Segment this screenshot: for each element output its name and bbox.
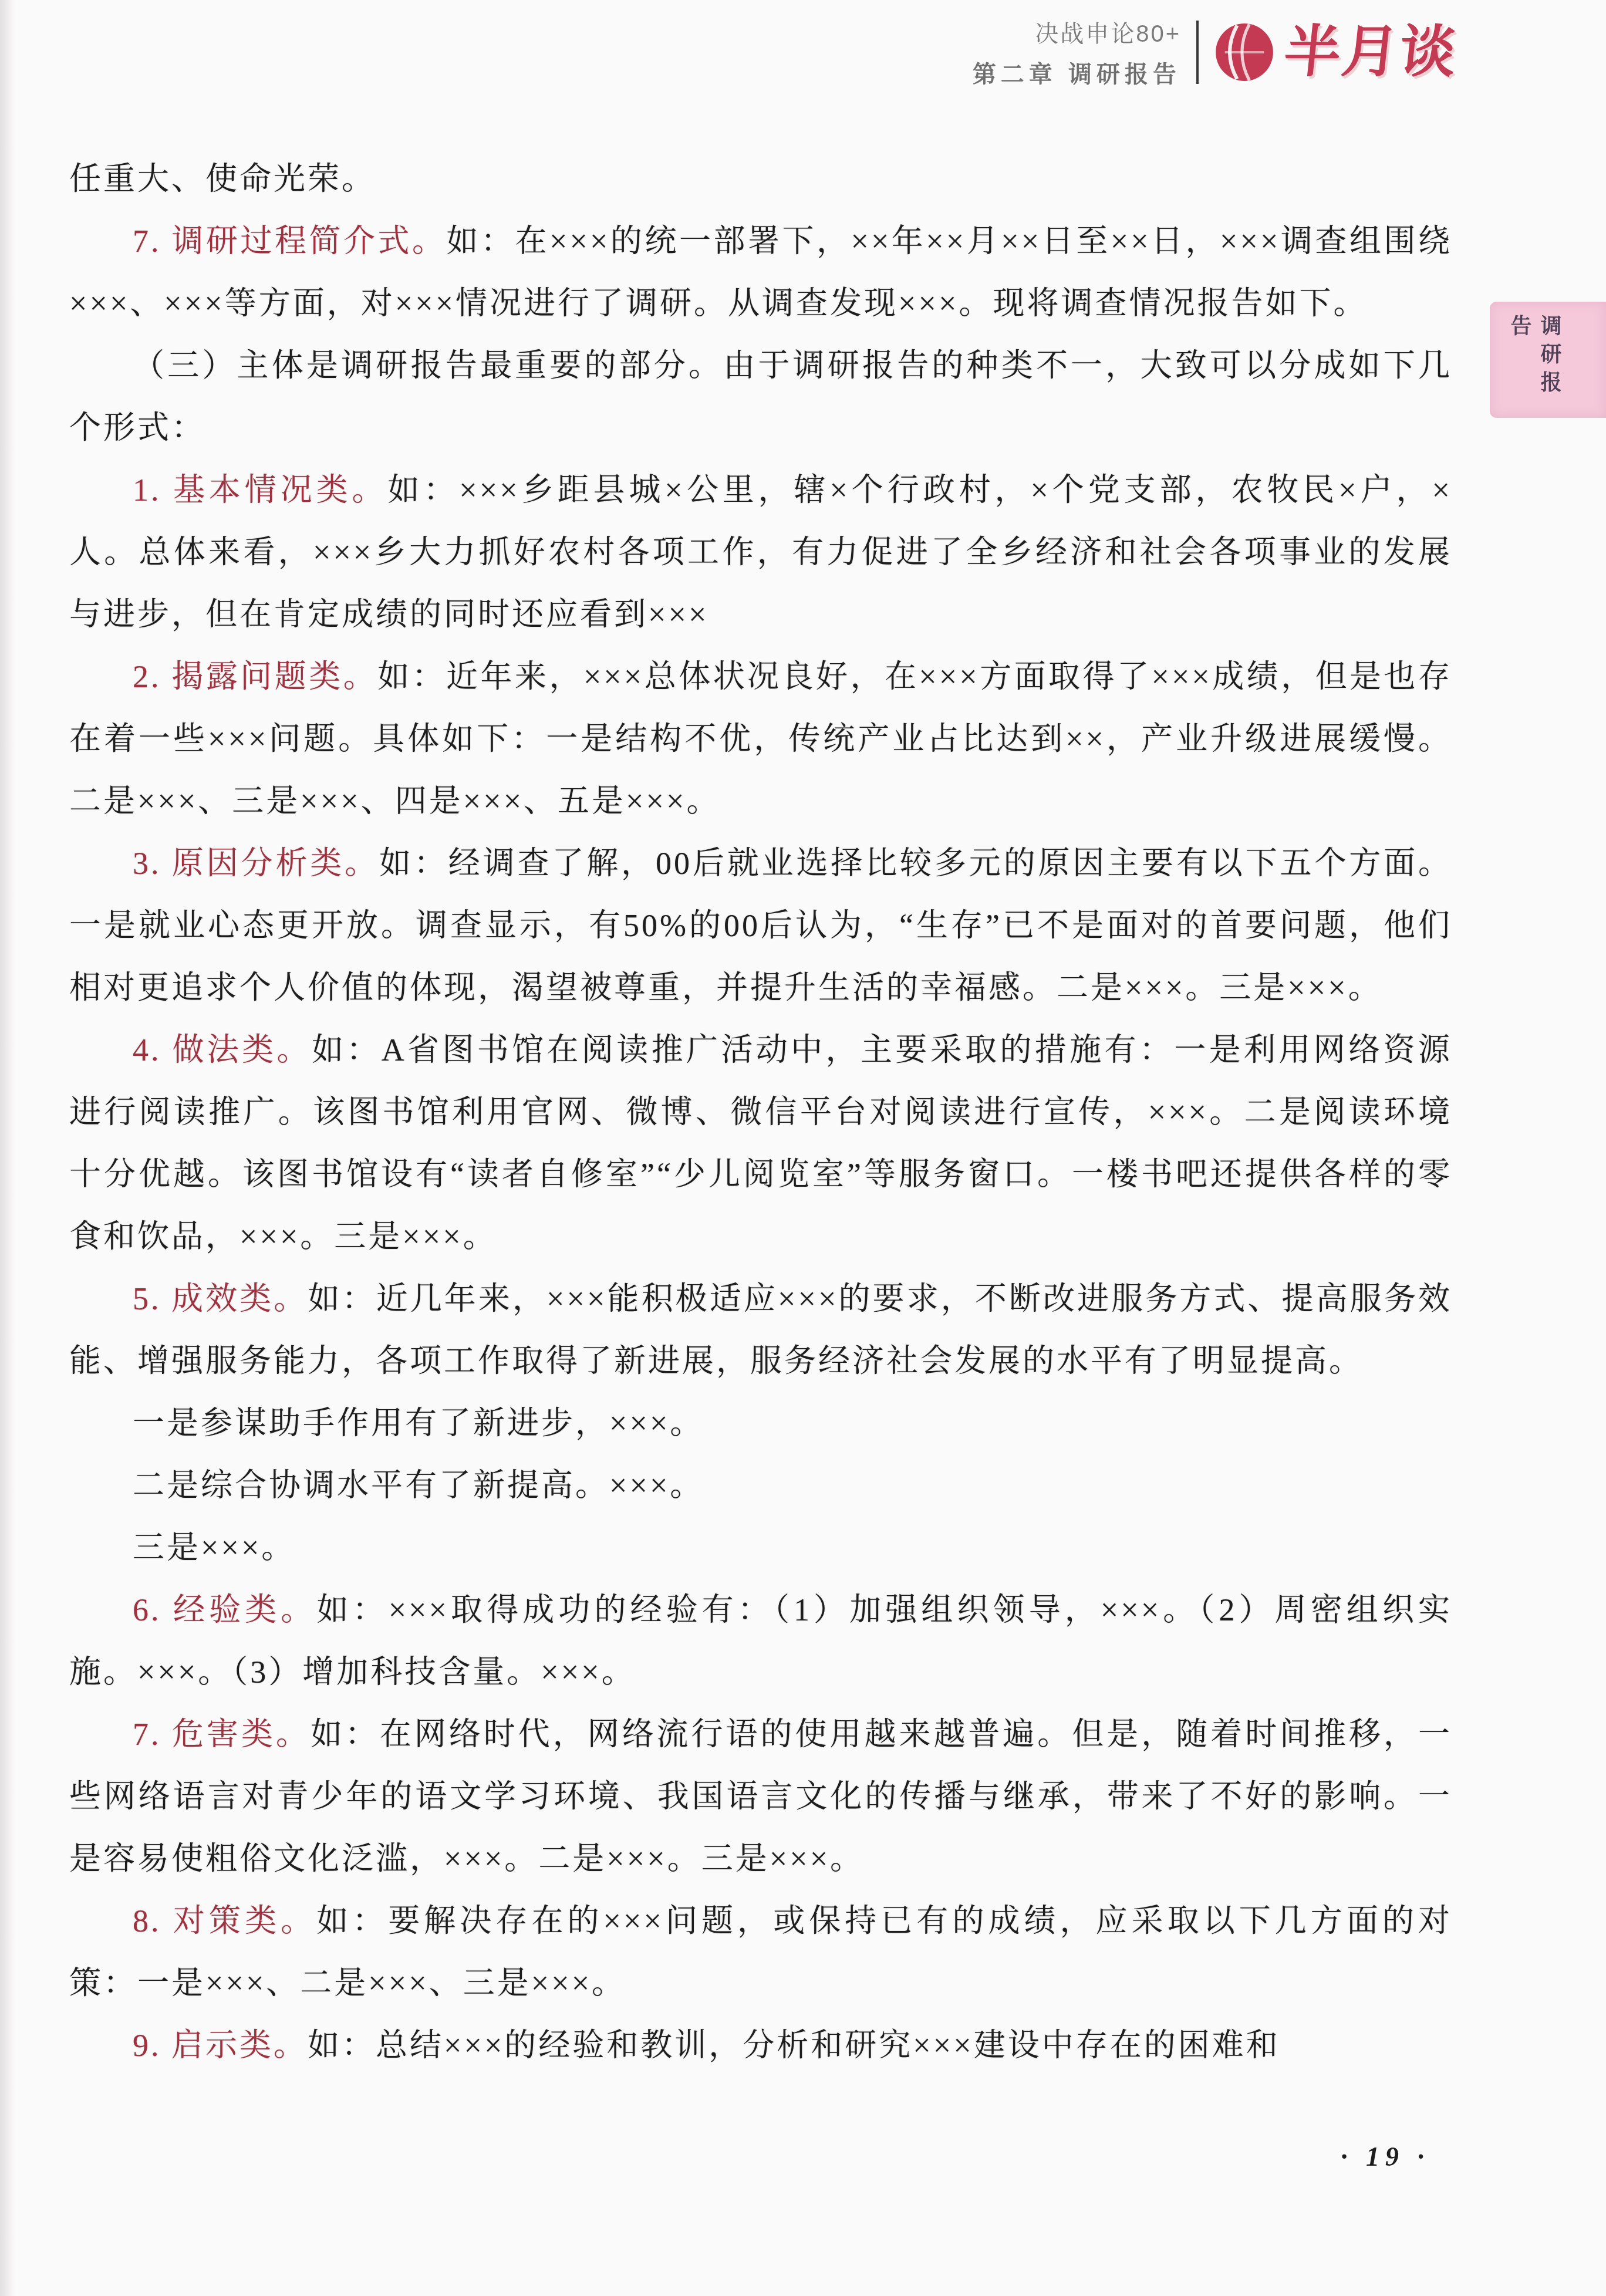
section-heading: 3. 原因分析类。 — [133, 846, 379, 881]
paragraph-text: 二是综合协调水平有了新提高。×××。 — [133, 1468, 704, 1503]
series-title: 决战申论80+ — [973, 15, 1181, 49]
section-heading: 7. 危害类。 — [133, 1717, 311, 1752]
section-heading: 6. 经验类。 — [133, 1592, 316, 1628]
paragraph: 三是×××。 — [69, 1517, 1452, 1579]
paragraph: 3. 原因分析类。如：经调查了解，00后就业选择比较多元的原因主要有以下五个方面… — [69, 832, 1452, 1019]
page-number: · 19 · — [1341, 2141, 1430, 2172]
section-heading: 8. 对策类。 — [133, 1903, 316, 1939]
paragraph: 9. 启示类。如：总结×××的经验和教训，分析和研究×××建设中存在的困难和 — [69, 2014, 1452, 2076]
section-heading: 2. 揭露问题类。 — [133, 659, 377, 694]
paragraph: 7. 危害类。如：在网络时代，网络流行语的使用越来越普遍。但是，随着时间推移，一… — [69, 1703, 1452, 1890]
paragraph-text: （三）主体是调研报告最重要的部分。由于调研报告的种类不一，大致可以分成如下几个形… — [69, 348, 1452, 445]
paragraph-text: 三是×××。 — [133, 1530, 295, 1565]
scanned-book-page: 决战申论80+ 第二章 调研报告 半月谈 调研报告 任重大、使命光荣。 7. 调… — [0, 0, 1606, 2296]
paragraph: 一是参谋助手作用有了新进步，×××。 — [69, 1392, 1452, 1454]
paragraph: 8. 对策类。如：要解决存在的×××问题，或保持已有的成绩，应采取以下几方面的对… — [69, 1890, 1452, 2014]
paragraph: 5. 成效类。如：近几年来，×××能积极适应×××的要求，不断改进服务方式、提高… — [69, 1268, 1452, 1392]
paragraph: 6. 经验类。如：×××取得成功的经验有：（1）加强组织领导，×××。（2）周密… — [69, 1579, 1452, 1703]
document-body: 任重大、使命光荣。 7. 调研过程简介式。如：在×××的统一部署下，××年××月… — [69, 148, 1452, 2076]
section-heading: 9. 启示类。 — [133, 2028, 308, 2063]
page-header: 决战申论80+ 第二章 调研报告 半月谈 — [973, 15, 1457, 89]
globe-icon — [1214, 22, 1275, 83]
paragraph: 1. 基本情况类。如：×××乡距县城×公里，辖×个行政村，×个党支部，农牧民×户… — [69, 459, 1452, 646]
chapter-side-tab: 调研报告 — [1490, 302, 1606, 418]
chapter-title: 第二章 调研报告 — [973, 56, 1181, 89]
logo-text: 半月谈 — [1281, 24, 1460, 80]
paragraph: 2. 揭露问题类。如：近年来，×××总体状况良好，在×××方面取得了×××成绩，… — [69, 646, 1452, 832]
paragraph-text: 如：总结×××的经验和教训，分析和研究×××建设中存在的困难和 — [308, 2028, 1280, 2063]
section-heading: 4. 做法类。 — [133, 1032, 312, 1068]
banyuetan-logo: 半月谈 — [1214, 22, 1457, 83]
paragraph-text: 一是参谋助手作用有了新进步，×××。 — [133, 1406, 704, 1441]
section-heading: 1. 基本情况类。 — [133, 472, 388, 508]
header-divider — [1196, 21, 1199, 84]
section-heading: 5. 成效类。 — [133, 1281, 308, 1316]
paragraph: （三）主体是调研报告最重要的部分。由于调研报告的种类不一，大致可以分成如下几个形… — [69, 335, 1452, 459]
paragraph-text: 任重大、使命光荣。 — [69, 161, 376, 197]
section-heading: 7. 调研过程简介式。 — [133, 224, 447, 259]
paragraph: 任重大、使命光荣。 — [69, 148, 1452, 210]
paragraph: 4. 做法类。如：A省图书馆在阅读推广活动中，主要采取的措施有：一是利用网络资源… — [69, 1019, 1452, 1268]
side-tab-label: 调研报告 — [1505, 315, 1565, 418]
paragraph: 7. 调研过程简介式。如：在×××的统一部署下，××年××月××日至××日，××… — [69, 210, 1452, 335]
header-meta: 决战申论80+ 第二章 调研报告 — [973, 15, 1181, 89]
paragraph: 二是综合协调水平有了新提高。×××。 — [69, 1454, 1452, 1517]
